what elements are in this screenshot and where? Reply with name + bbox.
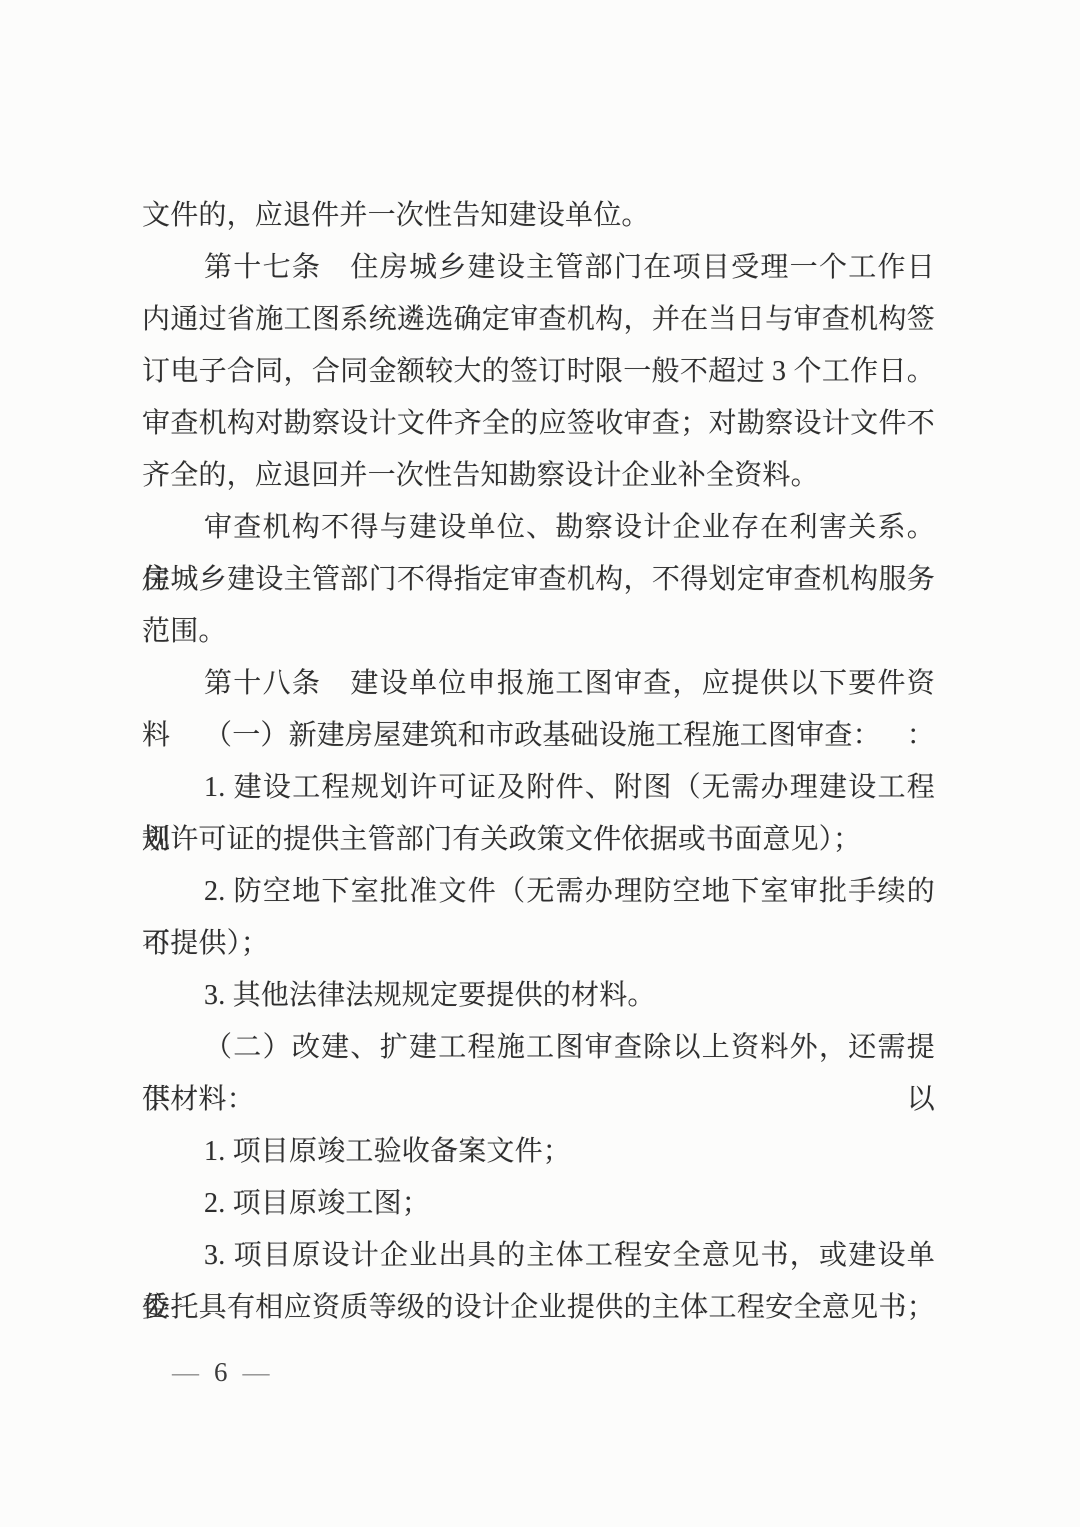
text-line: 3. 项目原设计企业出具的主体工程安全意见书，或建设单位 <box>142 1230 935 1282</box>
text-line: 审查机构不得与建设单位、勘察设计企业存在利害关系。住 <box>142 502 935 554</box>
text-line: 房城乡建设主管部门不得指定审查机构，不得划定审查机构服务 <box>142 554 935 606</box>
text-line: 审查机构对勘察设计文件齐全的应签收审查；对勘察设计文件不 <box>142 398 935 450</box>
text-line: 第十七条 住房城乡建设主管部门在项目受理一个工作日 <box>142 242 935 294</box>
text-line: 范围。 <box>142 606 935 658</box>
document-body: 文件的，应退件并一次性告知建设单位。第十七条 住房城乡建设主管部门在项目受理一个… <box>142 190 935 1334</box>
text-line: 齐全的，应退回并一次性告知勘察设计企业补全资料。 <box>142 450 935 502</box>
footer-dash-left: — <box>172 1357 200 1387</box>
text-line: 3. 其他法律法规规定要提供的材料。 <box>142 970 935 1022</box>
text-line: 不提供）； <box>142 918 935 970</box>
text-line: 文件的，应退件并一次性告知建设单位。 <box>142 190 935 242</box>
text-line: 2. 防空地下室批准文件（无需办理防空地下室审批手续的可 <box>142 866 935 918</box>
text-line: 内通过省施工图系统遴选确定审查机构，并在当日与审查机构签 <box>142 294 935 346</box>
text-line: 1. 建设工程规划许可证及附件、附图（无需办理建设工程规 <box>142 762 935 814</box>
footer-dash-right: — <box>243 1357 271 1387</box>
text-line: （一）新建房屋建筑和市政基础设施工程施工图审查： <box>142 710 935 762</box>
document-page: 文件的，应退件并一次性告知建设单位。第十七条 住房城乡建设主管部门在项目受理一个… <box>0 0 1080 1527</box>
text-line: （二）改建、扩建工程施工图审查除以上资料外，还需提供以 <box>142 1022 935 1074</box>
text-line: 划许可证的提供主管部门有关政策文件依据或书面意见）； <box>142 814 935 866</box>
text-line: 2. 项目原竣工图； <box>142 1178 935 1230</box>
text-line: 1. 项目原竣工验收备案文件； <box>142 1126 935 1178</box>
page-number: 6 <box>214 1357 229 1387</box>
text-line: 委托具有相应资质等级的设计企业提供的主体工程安全意见书； <box>142 1282 935 1334</box>
text-line: 第十八条 建设单位申报施工图审查，应提供以下要件资料： <box>142 658 935 710</box>
text-line: 订电子合同，合同金额较大的签订时限一般不超过 3 个工作日。 <box>142 346 935 398</box>
page-footer: —6— <box>172 1346 271 1398</box>
